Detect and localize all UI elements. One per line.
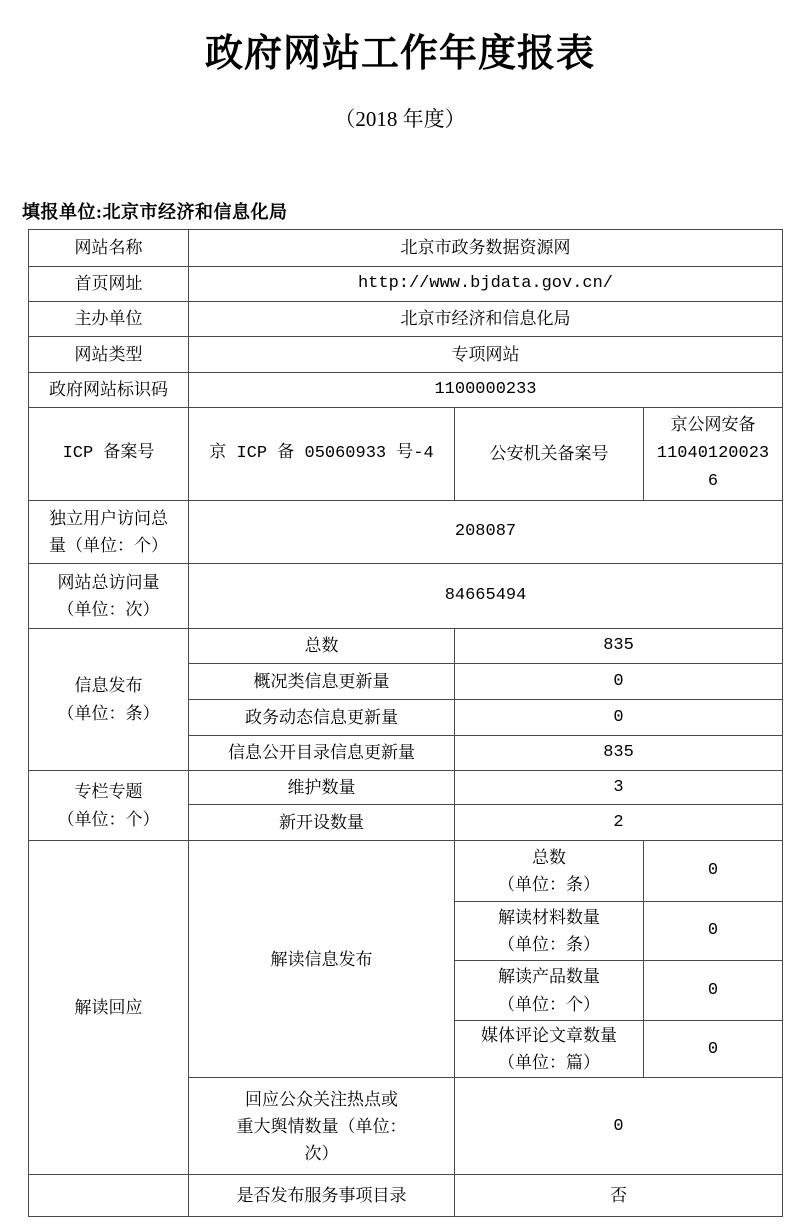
total-visits-value: 84665494 xyxy=(189,564,783,629)
special-columns-maintained-label: 维护数量 xyxy=(189,771,455,805)
table-row: 独立用户访问总 量（单位：个） 208087 xyxy=(29,501,783,564)
icp-value: 京 ICP 备 05060933 号-4 xyxy=(189,408,455,501)
special-columns-new-label: 新开设数量 xyxy=(189,805,455,841)
homepage-url-label: 首页网址 xyxy=(29,267,189,302)
icp-label: ICP 备案号 xyxy=(29,408,189,501)
table-row: 政府网站标识码 1100000233 xyxy=(29,373,783,408)
empty-section-cell xyxy=(29,1175,189,1217)
table-row: 网站类型 专项网站 xyxy=(29,337,783,373)
police-record-value: 京公网安备 11040120023 6 xyxy=(644,408,783,501)
table-row: ICP 备案号 京 ICP 备 05060933 号-4 公安机关备案号 京公网… xyxy=(29,408,783,501)
table-row: 首页网址 http://www.bjdata.gov.cn/ xyxy=(29,267,783,302)
organizer-label: 主办单位 xyxy=(29,302,189,337)
interpretation-section-label: 解读回应 xyxy=(29,841,189,1175)
page-title: 政府网站工作年度报表 xyxy=(0,22,800,77)
table-row: 主办单位 北京市经济和信息化局 xyxy=(29,302,783,337)
info-release-directory-label: 信息公开目录信息更新量 xyxy=(189,736,455,771)
site-name-label: 网站名称 xyxy=(29,230,189,267)
page-subtitle: （2018 年度） xyxy=(0,103,800,133)
interpretation-media-label: 媒体评论文章数量 （单位：篇） xyxy=(455,1021,644,1078)
info-release-overview-value: 0 xyxy=(455,664,783,700)
site-type-value: 专项网站 xyxy=(189,337,783,373)
site-name-value: 北京市政务数据资源网 xyxy=(189,230,783,267)
interpretation-material-value: 0 xyxy=(644,902,783,961)
special-columns-section-label: 专栏专题 （单位：个） xyxy=(29,771,189,841)
site-type-label: 网站类型 xyxy=(29,337,189,373)
organizer-value: 北京市经济和信息化局 xyxy=(189,302,783,337)
interpretation-media-value: 0 xyxy=(644,1021,783,1078)
service-directory-value: 否 xyxy=(455,1175,783,1217)
table-row: 信息发布 （单位：条） 总数 835 xyxy=(29,629,783,664)
interpretation-total-value: 0 xyxy=(644,841,783,902)
reporting-unit: 填报单位:北京市经济和信息化局 xyxy=(22,198,288,224)
info-release-dynamics-value: 0 xyxy=(455,700,783,736)
special-columns-maintained-value: 3 xyxy=(455,771,783,805)
info-release-total-value: 835 xyxy=(455,629,783,664)
interpretation-release-label: 解读信息发布 xyxy=(189,841,455,1078)
hot-response-value: 0 xyxy=(455,1078,783,1175)
table-row: 解读回应 解读信息发布 总数 （单位：条） 0 xyxy=(29,841,783,902)
table-row: 网站总访问量 （单位：次） 84665494 xyxy=(29,564,783,629)
info-release-total-label: 总数 xyxy=(189,629,455,664)
unique-visitors-label: 独立用户访问总 量（单位：个） xyxy=(29,501,189,564)
special-columns-new-value: 2 xyxy=(455,805,783,841)
info-release-directory-value: 835 xyxy=(455,736,783,771)
site-code-value: 1100000233 xyxy=(189,373,783,408)
info-release-dynamics-label: 政务动态信息更新量 xyxy=(189,700,455,736)
table-row: 是否发布服务事项目录 否 xyxy=(29,1175,783,1217)
hot-response-label: 回应公众关注热点或 重大舆情数量（单位： 次） xyxy=(189,1078,455,1175)
unique-visitors-value: 208087 xyxy=(189,501,783,564)
interpretation-material-label: 解读材料数量 （单位：条） xyxy=(455,902,644,961)
table-row: 专栏专题 （单位：个） 维护数量 3 xyxy=(29,771,783,805)
total-visits-label: 网站总访问量 （单位：次） xyxy=(29,564,189,629)
site-code-label: 政府网站标识码 xyxy=(29,373,189,408)
interpretation-total-label: 总数 （单位：条） xyxy=(455,841,644,902)
police-record-label: 公安机关备案号 xyxy=(455,408,644,501)
service-directory-label: 是否发布服务事项目录 xyxy=(189,1175,455,1217)
interpretation-product-value: 0 xyxy=(644,961,783,1021)
table-row: 网站名称 北京市政务数据资源网 xyxy=(29,230,783,267)
info-release-overview-label: 概况类信息更新量 xyxy=(189,664,455,700)
annual-report-table: 网站名称 北京市政务数据资源网 首页网址 http://www.bjdata.g… xyxy=(28,229,783,1217)
homepage-url-value: http://www.bjdata.gov.cn/ xyxy=(189,267,783,302)
info-release-section-label: 信息发布 （单位：条） xyxy=(29,629,189,771)
interpretation-product-label: 解读产品数量 （单位：个） xyxy=(455,961,644,1021)
